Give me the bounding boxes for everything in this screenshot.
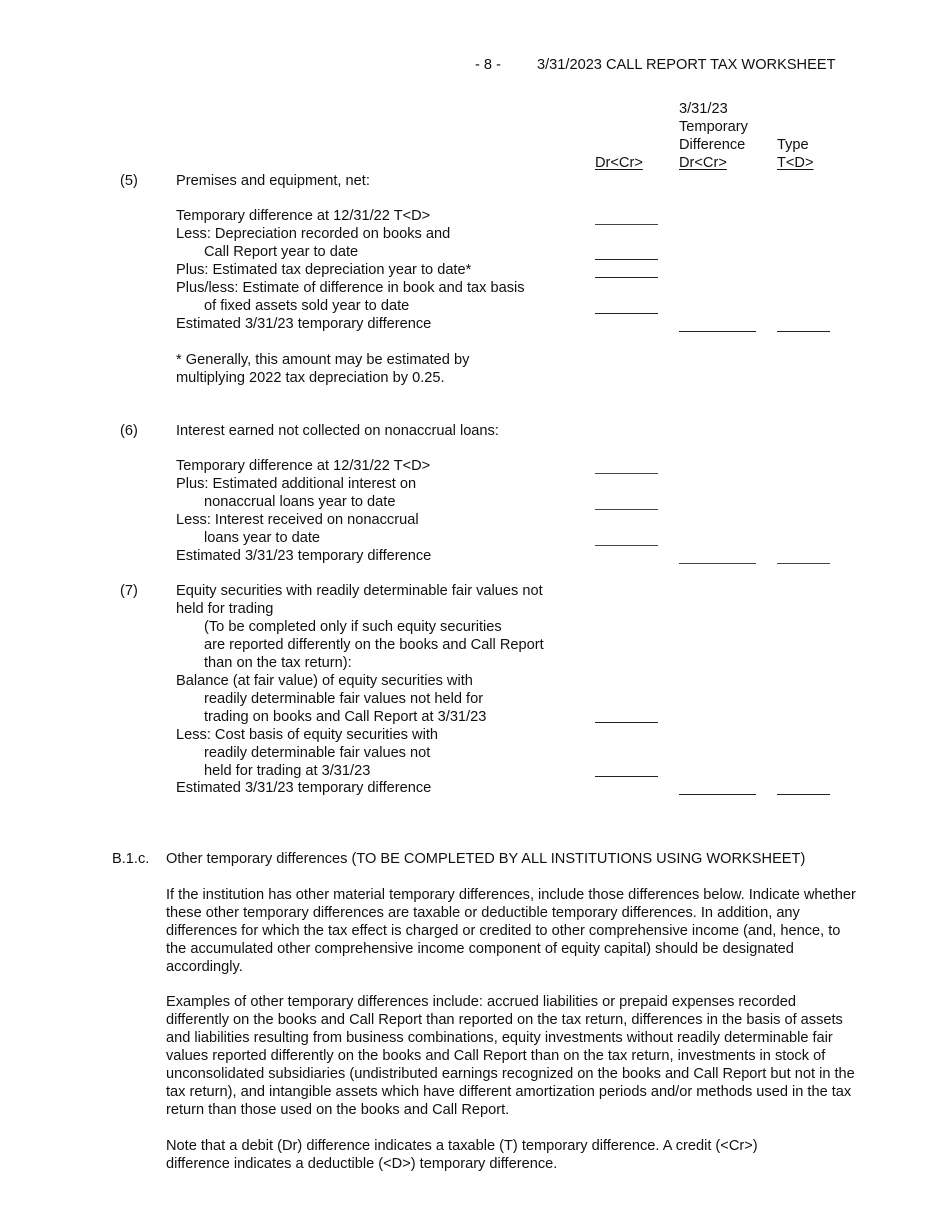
column-header-type: Type [777,136,809,154]
section-5-footnote: multiplying 2022 tax depreciation by 0.2… [176,369,445,387]
page-number: - 8 - [475,56,501,74]
section-b1c-paragraph-3: Note that a debit (Dr) difference indica… [166,1137,816,1173]
section-7-title: held for trading [176,600,273,618]
blank-field-5-1[interactable] [595,224,658,225]
column-header-dr-cr: Dr<Cr> [595,154,643,172]
section-5-footnote: * Generally, this amount may be estimate… [176,351,469,369]
section-5-line: Plus/less: Estimate of difference in boo… [176,279,525,297]
section-7-title: Equity securities with readily determina… [176,582,543,600]
page-title: 3/31/2023 CALL REPORT TAX WORKSHEET [537,56,835,74]
section-6-line: Less: Interest received on nonaccrual [176,511,419,529]
blank-field-5-4[interactable] [595,313,658,314]
section-5-line: Estimated 3/31/23 temporary difference [176,315,431,333]
section-7-line: Less: Cost basis of equity securities wi… [176,726,438,744]
section-5-number: (5) [120,172,138,190]
blank-field-6-total-type[interactable] [777,563,830,564]
section-7-line: held for trading at 3/31/23 [204,762,370,780]
blank-field-6-total-amount[interactable] [679,563,756,564]
column-header-type-td: T<D> [777,154,814,172]
section-6-title: Interest earned not collected on nonaccr… [176,422,499,440]
section-5-title: Premises and equipment, net: [176,172,370,190]
section-6-line: Plus: Estimated additional interest on [176,475,416,493]
column-header-temp-diff-label2: Difference [679,136,745,154]
blank-field-7-total-amount[interactable] [679,794,756,795]
section-5-line: Call Report year to date [204,243,358,261]
section-7-line: trading on books and Call Report at 3/31… [204,708,486,726]
blank-field-6-1[interactable] [595,473,658,474]
blank-field-6-3[interactable] [595,545,658,546]
section-6-line: Estimated 3/31/23 temporary difference [176,547,431,565]
section-7-line: readily determinable fair values not [204,744,430,762]
column-header-temp-diff-date: 3/31/23 [679,100,728,118]
blank-field-7-total-type[interactable] [777,794,830,795]
section-7-line: than on the tax return): [204,654,352,672]
section-7-line: Estimated 3/31/23 temporary difference [176,779,431,797]
column-header-temp-diff-label1: Temporary [679,118,748,136]
blank-field-6-2[interactable] [595,509,658,510]
section-7-line: Balance (at fair value) of equity securi… [176,672,473,690]
section-6-line: Temporary difference at 12/31/22 T<D> [176,457,430,475]
blank-field-7-2[interactable] [595,776,658,777]
blank-field-5-2[interactable] [595,259,658,260]
section-b1c-paragraph-1: If the institution has other material te… [166,886,856,976]
section-5-line: Plus: Estimated tax depreciation year to… [176,261,471,279]
section-5-line: Less: Depreciation recorded on books and [176,225,450,243]
section-7-line: are reported differently on the books an… [204,636,544,654]
section-5-line: of fixed assets sold year to date [204,297,409,315]
section-b1c-number: B.1.c. [112,850,149,868]
blank-field-5-total-amount[interactable] [679,331,756,332]
section-6-number: (6) [120,422,138,440]
section-7-line: (To be completed only if such equity sec… [204,618,502,636]
section-6-line: loans year to date [204,529,320,547]
blank-field-5-3[interactable] [595,277,658,278]
section-7-number: (7) [120,582,138,600]
column-header-temp-diff-dr-cr: Dr<Cr> [679,154,727,172]
section-6-line: nonaccrual loans year to date [204,493,395,511]
blank-field-5-total-type[interactable] [777,331,830,332]
section-b1c-paragraph-2: Examples of other temporary differences … [166,993,861,1119]
blank-field-7-1[interactable] [595,722,658,723]
section-b1c-title: Other temporary differences (TO BE COMPL… [166,850,805,868]
section-7-line: readily determinable fair values not hel… [204,690,483,708]
section-5-line: Temporary difference at 12/31/22 T<D> [176,207,430,225]
